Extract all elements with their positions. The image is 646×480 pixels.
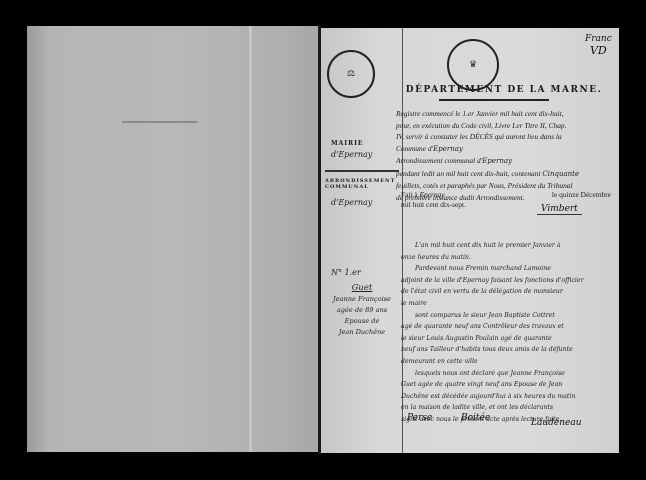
signature-perse: Perse (407, 413, 432, 423)
crown-icon: ♛ (469, 60, 477, 70)
arrondissement-label: ARRONDISSEMENT COMMUNAL (325, 178, 395, 190)
sidebar-rule (325, 170, 399, 172)
president-signature: Vimbert (537, 204, 582, 215)
mairie-handwritten: d'Epernay (331, 150, 372, 159)
ink-smudge (122, 121, 197, 123)
page-fold-line (249, 26, 252, 452)
seal-stamp-crown: ♛ (447, 39, 499, 91)
mairie-label: MAIRIE (331, 140, 401, 147)
handwritten-commune: Epernay (433, 145, 463, 153)
corner-annotation: Franc VD (585, 34, 612, 56)
signature-boitee: Boitée (461, 413, 490, 423)
left-page-blank (27, 26, 320, 452)
death-act-body: L'an mil huit cent dix huit le premier J… (401, 240, 615, 426)
right-page-register: ⚖ ♛ Franc VD DÉPARTEMENT DE LA MARNE. Re… (321, 28, 619, 453)
title-rule (439, 99, 549, 101)
signature-laudeneau: Laudeneau (531, 418, 582, 428)
seal-stamp-left: ⚖ (327, 50, 375, 98)
act-number: N° 1.er (331, 268, 361, 277)
seal-figure-icon: ⚖ (347, 69, 355, 79)
handwritten-page-count: Cinquante (542, 170, 579, 178)
department-title: DÉPARTEMENT DE LA MARNE. (399, 85, 609, 95)
arrondissement-handwritten: d'Epernay (331, 198, 372, 207)
handwritten-arrondissement: Epernay (482, 157, 512, 165)
act-margin-summary: Guet Jeanne Françoise agée de 89 ans Epo… (323, 283, 401, 338)
printed-header-text: Registre commencé le 1.er Janvier mil hu… (396, 108, 608, 203)
